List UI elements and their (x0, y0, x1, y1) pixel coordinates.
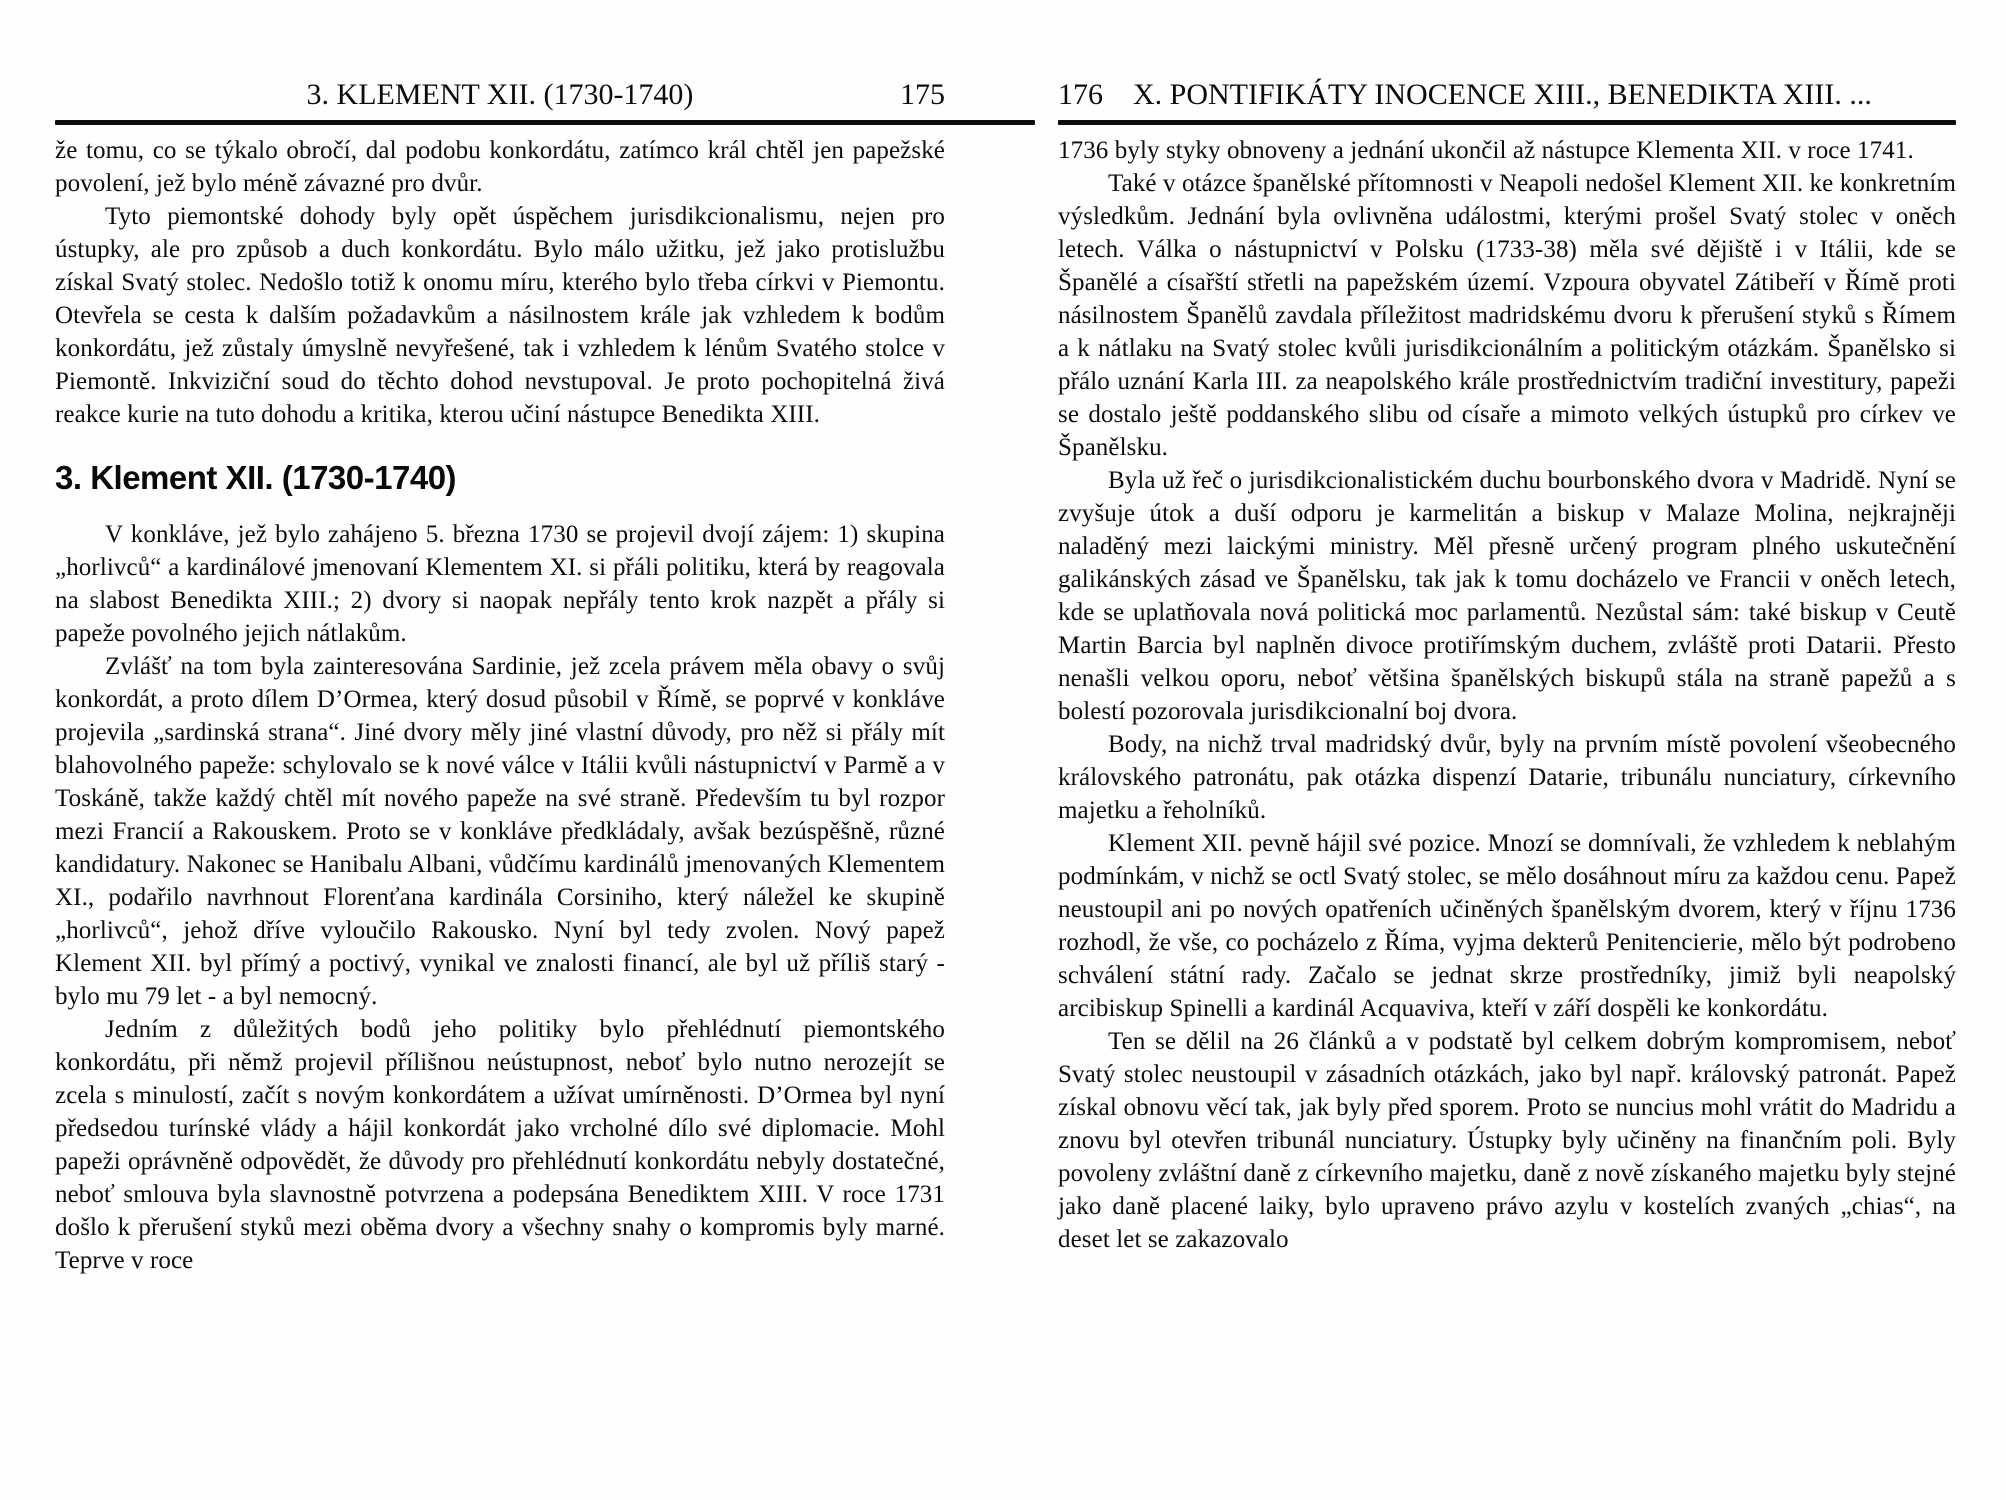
book-spread: 3. KLEMENT XII. (1730-1740) 175 že tomu,… (0, 0, 2006, 1500)
section-heading: 3. Klement XII. (1730-1740) (55, 461, 945, 494)
right-header-rule (1058, 120, 1956, 125)
body-paragraph: že tomu, co se týkalo obročí, dal podobu… (55, 134, 945, 200)
right-running-title: X. PONTIFIKÁTY INOCENCE XIII., BENEDIKTA… (1133, 76, 1872, 114)
left-page-number: 175 (900, 76, 945, 114)
body-paragraph: Jedním z důležitých bodů jeho politiky b… (55, 1013, 945, 1277)
right-page: 176 X. PONTIFIKÁTY INOCENCE XIII., BENED… (1058, 76, 1956, 1256)
body-paragraph: Byla už řeč o jurisdikcionalistickém duc… (1058, 464, 1956, 728)
body-paragraph: V konkláve, jež bylo zahájeno 5. března … (55, 518, 945, 650)
body-paragraph: Tyto piemontské dohody byly opět úspěche… (55, 200, 945, 431)
left-page: 3. KLEMENT XII. (1730-1740) 175 že tomu,… (55, 76, 1035, 1277)
body-paragraph: Ten se dělil na 26 článků a v podstatě b… (1058, 1025, 1956, 1256)
body-paragraph: Klement XII. pevně hájil své pozice. Mno… (1058, 827, 1956, 1025)
left-header-rule (55, 120, 1035, 125)
left-body-text: že tomu, co se týkalo obročí, dal podobu… (55, 134, 945, 1277)
right-page-number: 176 (1058, 76, 1103, 114)
body-paragraph: 1736 byly styky obnoveny a jednání ukonč… (1058, 134, 1956, 167)
left-running-header: 3. KLEMENT XII. (1730-1740) 175 (55, 76, 1035, 114)
body-paragraph: Také v otázce španělské přítomnosti v Ne… (1058, 167, 1956, 464)
right-body-text: 1736 byly styky obnoveny a jednání ukonč… (1058, 134, 1956, 1256)
body-paragraph: Zvlášť na tom byla zainteresována Sardin… (55, 650, 945, 1013)
left-running-title: 3. KLEMENT XII. (1730-1740) (55, 76, 945, 114)
right-running-header: 176 X. PONTIFIKÁTY INOCENCE XIII., BENED… (1058, 76, 1956, 114)
body-paragraph: Body, na nichž trval madridský dvůr, byl… (1058, 728, 1956, 827)
